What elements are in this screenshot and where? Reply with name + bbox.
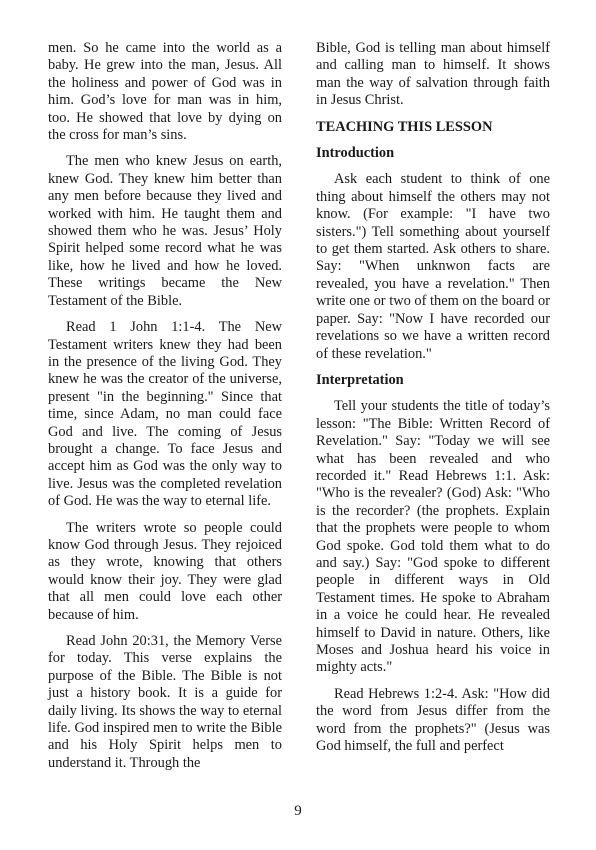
right-column: Bible, God is telling man about himself … [316, 40, 550, 764]
paragraph: Read Hebrews 1:2-4. Ask: "How did the wo… [316, 686, 550, 756]
document-page: men. So he came into the world as a baby… [0, 0, 596, 850]
introduction-heading: Introduction [316, 145, 550, 162]
section-heading: TEACHING THIS LESSON [316, 119, 550, 136]
paragraph: The writers wrote so people could know G… [48, 520, 282, 624]
interpretation-heading: Interpretation [316, 372, 550, 389]
paragraph: men. So he came into the world as a baby… [48, 40, 282, 144]
left-column: men. So he came into the world as a baby… [48, 40, 282, 781]
paragraph: Read John 20:31, the Memory Verse for to… [48, 633, 282, 772]
paragraph-continuation: Bible, God is telling man about himself … [316, 40, 550, 110]
paragraph: Ask each student to think of one thing a… [316, 171, 550, 362]
paragraph: The men who knew Jesus on earth, knew Go… [48, 153, 282, 310]
paragraph: Read 1 John 1:1-4. The New Testament wri… [48, 319, 282, 510]
page-number: 9 [0, 803, 596, 820]
paragraph: Tell your students the title of today’s … [316, 398, 550, 677]
